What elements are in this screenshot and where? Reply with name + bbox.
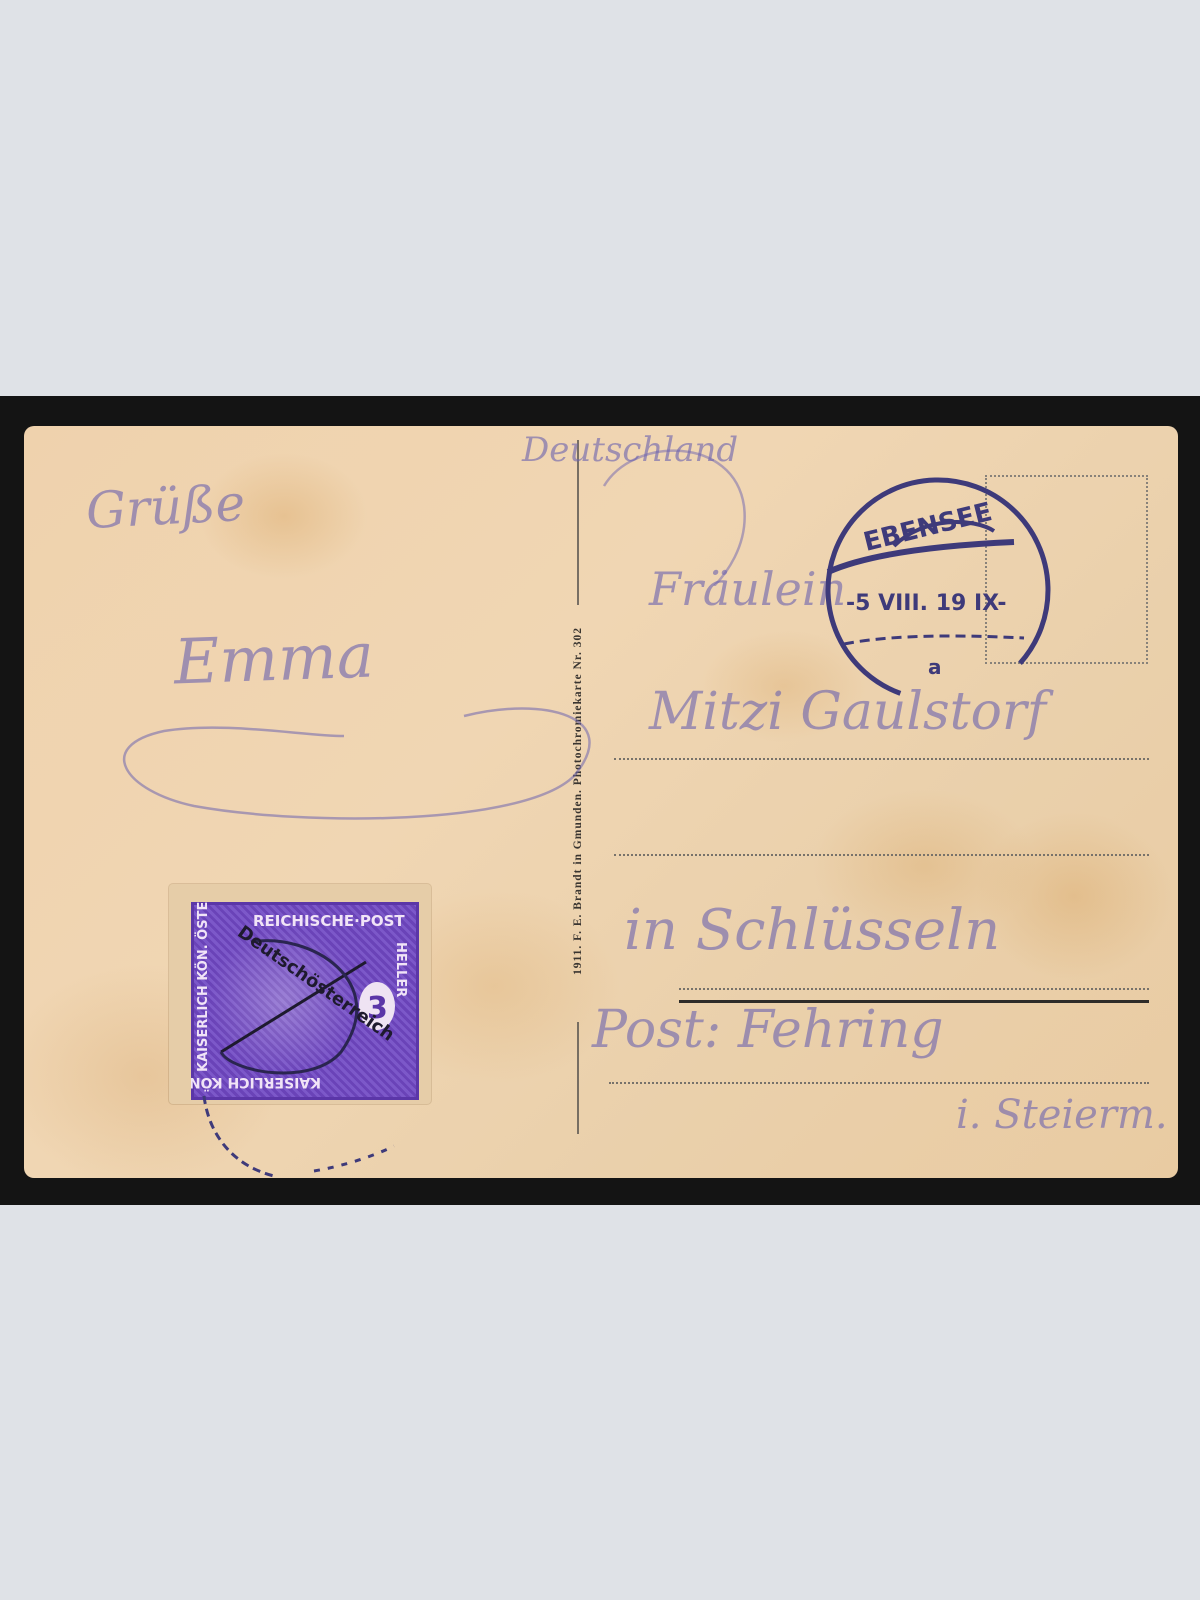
address-line-2 — [614, 854, 1149, 856]
address-line4-text: Post: Fehring — [592, 1000, 944, 1060]
address-line-1 — [614, 758, 1149, 760]
svg-text:KAISERLICH KÖN. ÖSTER: KAISERLICH KÖN. ÖSTER — [195, 902, 211, 1072]
signature-flourish — [104, 636, 604, 836]
message-greeting: Grüße — [85, 474, 247, 540]
partial-cancellation-mark — [194, 1076, 434, 1178]
postage-stamp-3-heller: REICHISCHE·POST HELLER KAISERLICH KÖN. Ö… — [169, 884, 431, 1104]
address-line-3 — [679, 988, 1149, 990]
postmark-ebensee: EBENSEE -5 VIII. 19 IX- a — [824, 476, 1052, 704]
divider-line-bottom — [577, 1022, 579, 1134]
postcard: 1911. F. E. Brandt in Gmunden. Photochro… — [24, 426, 1178, 1178]
svg-text:-5 VIII. 19 IX-: -5 VIII. 19 IX- — [846, 591, 1006, 616]
svg-text:a: a — [928, 655, 942, 679]
svg-text:HELLER: HELLER — [393, 942, 408, 997]
address-line3-text: in Schlüsseln — [624, 898, 1000, 963]
address-line5-text: i. Steierm. — [956, 1092, 1168, 1138]
address-line-4 — [609, 1082, 1149, 1084]
address-line1-text: Fräulein — [649, 562, 846, 616]
svg-text:REICHISCHE·POST: REICHISCHE·POST — [253, 912, 405, 930]
